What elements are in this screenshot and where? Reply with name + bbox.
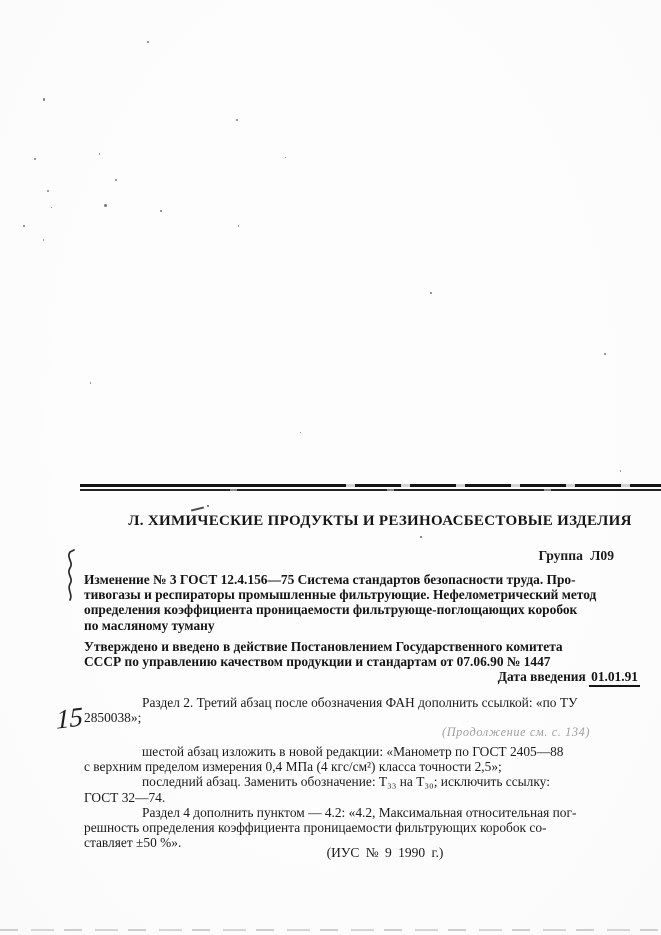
handwritten-squiggle-mark (62, 549, 78, 605)
scan-speck (34, 158, 36, 160)
effective-date-label: Дата введения (498, 669, 586, 684)
scan-speck (604, 353, 606, 355)
source-note: (ИУС № 9 1990 г.) (110, 845, 660, 861)
amendment-paragraphs: шестой абзац изложить в новой редакции: … (84, 744, 660, 850)
scan-speck (51, 207, 52, 208)
scan-speck (236, 119, 238, 121)
handwritten-dash-mark (191, 506, 204, 511)
bottom-edge-dashes (0, 929, 661, 931)
scan-speck (285, 157, 286, 158)
approval-text: Утверждено и введено в действие Постанов… (84, 639, 640, 669)
group-label: Группа Л09 (84, 548, 614, 564)
scan-speck (207, 505, 209, 507)
scan-speck (43, 239, 44, 241)
scan-speck (43, 98, 45, 101)
scan-speck (147, 41, 149, 43)
effective-date-value: 01.01.91 (589, 669, 640, 687)
continuation-note: (Продолжение см. с. 134) (442, 726, 647, 740)
effective-date-line: Дата введения 01.01.91 (84, 669, 640, 685)
paragraph: шестой абзац изложить в новой редакции: … (84, 744, 660, 774)
scan-speck (420, 536, 422, 538)
paragraph: Раздел 4 дополнить пунктом — 4.2: «4.2, … (84, 805, 660, 851)
scan-speck (47, 190, 49, 192)
paragraph-section2: Раздел 2. Третий абзац после обозначения… (84, 695, 642, 725)
scan-speck (300, 432, 301, 433)
scan-speck (90, 382, 91, 384)
paragraph: последний абзац. Заменить обозначение: Т… (84, 774, 660, 804)
scan-speck (160, 210, 162, 212)
scan-speck (115, 179, 117, 181)
header-double-rule (80, 484, 661, 491)
scan-speck (238, 225, 239, 227)
scan-speck (430, 292, 432, 294)
handwritten-page-number: 15 (56, 701, 83, 735)
section-title: Л. ХИМИЧЕСКИЕ ПРОДУКТЫ И РЕЗИНОАСБЕСТОВЫ… (100, 513, 660, 530)
scan-speck (23, 225, 25, 227)
scan-speck (104, 204, 107, 207)
scan-speck (99, 153, 100, 155)
header-rule-top (80, 484, 661, 487)
amendment-heading: Изменение № 3 ГОСТ 12.4.156—75 Система с… (84, 572, 642, 633)
header-rule-bottom (80, 489, 661, 491)
scan-speck (620, 470, 621, 472)
scanned-document-page: Л. ХИМИЧЕСКИЕ ПРОДУКТЫ И РЕЗИНОАСБЕСТОВЫ… (0, 0, 661, 935)
